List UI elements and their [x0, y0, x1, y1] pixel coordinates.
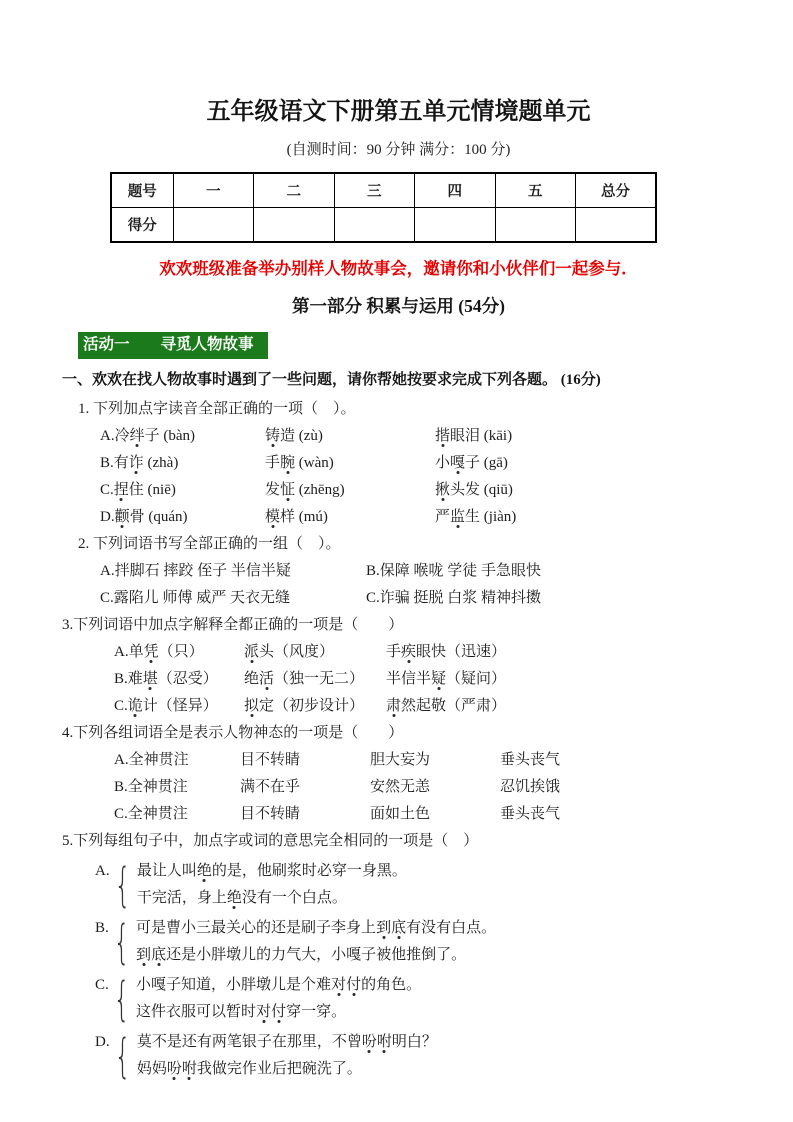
emphasis-dot-char: 疾: [401, 644, 416, 660]
option-pair: A.{最让人叫绝的是，他刷浆时必穿一身黑。干完活，身上绝没有一个白点。: [95, 858, 735, 912]
option-cell: 垂头丧气: [500, 801, 735, 828]
option-cell: 手疾眼快（迅速）: [386, 639, 735, 666]
emphasis-dot-char: 堪: [143, 671, 158, 687]
option-cell: 铸造 (zù): [265, 423, 435, 450]
option-row: C.全神贯注目不转睛面如土色垂头丧气: [114, 801, 735, 828]
page-subtitle: (自测时间：90 分钟 满分：100 分): [62, 140, 735, 160]
option-cell: 派头（风度）: [244, 639, 386, 666]
question-q4: 4.下列各组词语全是表示人物神态的一项是（ ）A.全神贯注目不转睛胆大妄为垂头丧…: [62, 720, 735, 828]
score-header-cell: 总分: [576, 173, 657, 208]
option-row: B.难堪（忍受）绝活（独一无二）半信半疑（疑问）: [114, 666, 735, 693]
option-pair: B.{可是曹小三最关心的还是刷子李身上到底有没有白点。到底还是小胖墩儿的力气大，…: [95, 915, 735, 969]
pair-lines: 小嘎子知道，小胖墩儿是个难对付的角色。这件衣服可以暂时对付穿一穿。: [134, 972, 735, 1026]
option-cell: C.诈骗 挺脱 白浆 精神抖擞: [366, 585, 735, 612]
worksheet-content: 五年级语文下册第五单元情境题单元 (自测时间：90 分钟 满分：100 分) 题…: [0, 95, 793, 1083]
score-empty-cell: [334, 208, 415, 243]
option-cell: 发怔 (zhēng): [265, 477, 435, 504]
option-cell: 模样 (mú): [265, 504, 435, 531]
emphasis-dot-char: 绊: [130, 428, 145, 444]
emphasis-dot-char: 绝: [197, 863, 212, 879]
option-cell: 目不转睛: [240, 747, 370, 774]
emphasis-dot-char: 揪: [435, 482, 450, 498]
option-cell: 面如土色: [370, 801, 500, 828]
emphasis-dot-char: 吩: [167, 1061, 182, 1077]
sentence-line: 最让人叫绝的是，他刷浆时必穿一身黑。: [137, 858, 735, 885]
option-cell: C.露陷儿 师傅 威严 天衣无缝: [100, 585, 366, 612]
emphasis-dot-char: 绝: [227, 890, 242, 906]
option-cell: 绝活（独一无二）: [244, 666, 386, 693]
option-pair: D.{莫不是还有两笔银子在那里，不曾吩咐明白？妈妈吩咐我做完作业后把碗洗了。: [95, 1029, 735, 1083]
score-table: 题号 一 二 三 四 五 总分 得分: [110, 172, 657, 243]
curly-brace-icon: {: [113, 915, 129, 969]
option-label: C.: [95, 972, 109, 999]
emphasis-dot-char: 派: [244, 644, 259, 660]
sentence-line: 到底还是小胖墩儿的力气大，小嘎子被他推倒了。: [136, 942, 735, 969]
option-row: A.全神贯注目不转睛胆大妄为垂头丧气: [114, 747, 735, 774]
option-row: B.有诈 (zhà)手腕 (wàn)小嘎子 (gā): [100, 450, 735, 477]
emphasis-dot-char: 怔: [280, 482, 295, 498]
score-empty-cell: [495, 208, 576, 243]
option-row: C.露陷儿 师傅 威严 天衣无缝C.诈骗 挺脱 白浆 精神抖擞: [100, 585, 735, 612]
sentence-line: 干完活，身上绝没有一个白点。: [137, 885, 735, 912]
emphasis-dot-char: 底: [151, 947, 166, 963]
emphasis-dot-char: 咐: [182, 1061, 197, 1077]
option-cell: A.单凭（只）: [114, 639, 244, 666]
emphasis-dot-char: 诈: [129, 455, 144, 471]
emphasis-dot-char: 拟: [244, 698, 259, 714]
question-q2: 2. 下列词语书写全部正确的一组（ ）。A.拌脚石 摔跤 侄子 半信半疑B.保障…: [62, 531, 735, 612]
emphasis-dot-char: 铸: [265, 428, 280, 444]
score-table-score-row: 得分: [111, 208, 656, 243]
option-row: A.冷绊子 (bàn)铸造 (zù)揩眼泪 (kāi): [100, 423, 735, 450]
question-stem: 4.下列各组词语全是表示人物神态的一项是（ ）: [62, 720, 735, 747]
score-header-cell: 题号: [111, 173, 173, 208]
curly-brace-icon: {: [114, 858, 130, 912]
emphasis-dot-char: 对: [256, 1004, 271, 1020]
section-intro: 一、欢欢在找人物故事时遇到了一些问题，请你帮她按要求完成下列各题。 (16分): [62, 368, 735, 392]
question-stem: 2. 下列词语书写全部正确的一组（ ）。: [78, 531, 735, 558]
option-cell: 肃然起敬（严肃）: [386, 693, 735, 720]
question-q1: 1. 下列加点字读音全部正确的一项（ ）。A.冷绊子 (bàn)铸造 (zù)揩…: [62, 396, 735, 531]
emphasis-dot-char: 吩: [362, 1034, 377, 1050]
option-cell: B.难堪（忍受）: [114, 666, 244, 693]
option-cell: C.全神贯注: [114, 801, 240, 828]
option-row: C.诡计（怪异）拟定（初步设计）肃然起敬（严肃）: [114, 693, 735, 720]
option-cell: B.有诈 (zhà): [100, 450, 265, 477]
emphasis-dot-char: 对: [331, 977, 346, 993]
question-q5: 5.下列每组句子中，加点字或词的意思完全相同的一项是（ ）A.{最让人叫绝的是，…: [62, 828, 735, 1083]
question-stem: 3.下列词语中加点字解释全都正确的一项是（ ）: [62, 612, 735, 639]
score-empty-cell: [415, 208, 496, 243]
activity-banner: 活动一 寻觅人物故事: [78, 332, 268, 359]
emphasis-dot-char: 监: [450, 509, 465, 525]
option-row: D.颧骨 (quán)模样 (mú)严监生 (jiàn): [100, 504, 735, 531]
sentence-line: 这件衣服可以暂时对付穿一穿。: [136, 999, 735, 1026]
option-cell: 安然无恙: [370, 774, 500, 801]
option-cell: 揩眼泪 (kāi): [435, 423, 735, 450]
score-empty-cell: [173, 208, 254, 243]
option-cell: 小嘎子 (gā): [435, 450, 735, 477]
sentence-line: 妈妈吩咐我做完作业后把碗洗了。: [137, 1056, 735, 1083]
option-cell: 严监生 (jiàn): [435, 504, 735, 531]
score-empty-cell: [576, 208, 657, 243]
questions-container: 1. 下列加点字读音全部正确的一项（ ）。A.冷绊子 (bàn)铸造 (zù)揩…: [62, 396, 735, 1083]
score-empty-cell: [254, 208, 335, 243]
score-table-header-row: 题号 一 二 三 四 五 总分: [111, 173, 656, 208]
emphasis-dot-char: 捏: [114, 482, 129, 498]
question-stem: 1. 下列加点字读音全部正确的一项（ ）。: [78, 396, 735, 423]
notice-text: 欢欢班级准备举办别样人物故事会，邀请你和小伙伴们一起参与．: [62, 258, 735, 280]
score-header-cell: 一: [173, 173, 254, 208]
option-pair: C.{小嘎子知道，小胖墩儿是个难对付的角色。这件衣服可以暂时对付穿一穿。: [95, 972, 735, 1026]
emphasis-dot-char: 凭: [144, 644, 159, 660]
score-header-cell: 四: [415, 173, 496, 208]
option-cell: 垂头丧气: [500, 747, 735, 774]
emphasis-dot-char: 活: [259, 671, 274, 687]
option-cell: C.诡计（怪异）: [114, 693, 244, 720]
score-header-cell: 五: [495, 173, 576, 208]
emphasis-dot-char: 模: [265, 509, 280, 525]
option-cell: C.捏住 (niē): [100, 477, 265, 504]
emphasis-dot-char: 底: [391, 920, 406, 936]
option-label: A.: [95, 858, 110, 885]
emphasis-dot-char: 到: [136, 947, 151, 963]
emphasis-dot-char: 揩: [435, 428, 450, 444]
sentence-line: 可是曹小三最关心的还是刷子李身上到底有没有白点。: [136, 915, 735, 942]
option-cell: 手腕 (wàn): [265, 450, 435, 477]
option-row: A.拌脚石 摔跤 侄子 半信半疑B.保障 喉咙 学徒 手急眼快: [100, 558, 735, 585]
emphasis-dot-char: 颧: [115, 509, 130, 525]
pair-lines: 最让人叫绝的是，他刷浆时必穿一身黑。干完活，身上绝没有一个白点。: [135, 858, 735, 912]
option-cell: 忍饥挨饿: [500, 774, 735, 801]
option-cell: A.冷绊子 (bàn): [100, 423, 265, 450]
emphasis-dot-char: 付: [271, 1004, 286, 1020]
option-cell: B.全神贯注: [114, 774, 240, 801]
option-cell: B.保障 喉咙 学徒 手急眼快: [366, 558, 735, 585]
emphasis-dot-char: 到: [376, 920, 391, 936]
question-q3: 3.下列词语中加点字解释全都正确的一项是（ ）A.单凭（只）派头（风度）手疾眼快…: [62, 612, 735, 720]
emphasis-dot-char: 咐: [377, 1034, 392, 1050]
emphasis-dot-char: 诡: [128, 698, 143, 714]
option-cell: D.颧骨 (quán): [100, 504, 265, 531]
score-row-label: 得分: [111, 208, 173, 243]
part-heading: 第一部分 积累与运用 (54分): [62, 293, 735, 319]
curly-brace-icon: {: [114, 1029, 130, 1083]
pair-lines: 可是曹小三最关心的还是刷子李身上到底有没有白点。到底还是小胖墩儿的力气大，小嘎子…: [134, 915, 735, 969]
sentence-line: 小嘎子知道，小胖墩儿是个难对付的角色。: [136, 972, 735, 999]
pair-lines: 莫不是还有两笔银子在那里，不曾吩咐明白？妈妈吩咐我做完作业后把碗洗了。: [135, 1029, 735, 1083]
emphasis-dot-char: 肃: [386, 698, 401, 714]
score-header-cell: 三: [334, 173, 415, 208]
option-cell: A.拌脚石 摔跤 侄子 半信半疑: [100, 558, 366, 585]
option-cell: 半信半疑（疑问）: [386, 666, 735, 693]
score-header-cell: 二: [254, 173, 335, 208]
curly-brace-icon: {: [113, 972, 129, 1026]
emphasis-dot-char: 嘎: [450, 455, 465, 471]
page-title: 五年级语文下册第五单元情境题单元: [62, 95, 735, 129]
option-cell: 揪头发 (qiū): [435, 477, 735, 504]
emphasis-dot-char: 疑: [431, 671, 446, 687]
option-row: A.单凭（只）派头（风度）手疾眼快（迅速）: [114, 639, 735, 666]
option-row: C.捏住 (niē)发怔 (zhēng)揪头发 (qiū): [100, 477, 735, 504]
option-row: B.全神贯注满不在乎安然无恙忍饥挨饿: [114, 774, 735, 801]
worksheet-page: 五年级语文下册第五单元情境题单元 (自测时间：90 分钟 满分：100 分) 题…: [0, 0, 793, 1122]
option-cell: 拟定（初步设计）: [244, 693, 386, 720]
option-cell: A.全神贯注: [114, 747, 240, 774]
sentence-line: 莫不是还有两笔银子在那里，不曾吩咐明白？: [137, 1029, 735, 1056]
emphasis-dot-char: 付: [346, 977, 361, 993]
question-stem: 5.下列每组句子中，加点字或词的意思完全相同的一项是（ ）: [62, 828, 735, 855]
option-label: D.: [95, 1029, 110, 1056]
option-label: B.: [95, 915, 109, 942]
option-cell: 满不在乎: [240, 774, 370, 801]
option-cell: 胆大妄为: [370, 747, 500, 774]
option-cell: 目不转睛: [240, 801, 370, 828]
emphasis-dot-char: 腕: [280, 455, 295, 471]
